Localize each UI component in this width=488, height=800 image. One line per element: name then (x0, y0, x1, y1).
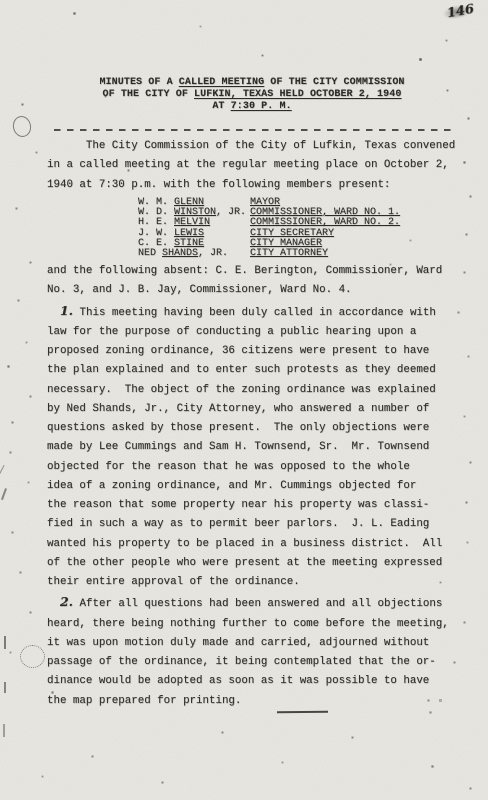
heading-line: AT 7:30 P. M. (16, 101, 488, 113)
intro-paragraph: The City Commission of the City of Lufki… (47, 137, 461, 195)
dashed-divider (54, 129, 456, 131)
heading-line: MINUTES OF A CALLED MEETING OF THE CITY … (16, 77, 488, 89)
text-line: 2. After all questions had been answered… (47, 592, 461, 614)
text-line: wanted his property to be placed in a bu… (47, 535, 461, 554)
text-line: 1. This meeting having been duly called … (47, 301, 461, 323)
scanned-page: 146 MINUTES OF A CALLED MEETING OF THE C… (0, 0, 488, 800)
members-absent-text: and the following absent: C. E. Beringto… (47, 262, 461, 301)
heading-line: OF THE CITY OF LUFKIN, TEXAS HELD OCTOBE… (16, 89, 488, 101)
member-row: NED SHANDS, JR.CITY ATTORNEY (138, 249, 461, 259)
paragraph-1: 1. This meeting having been duly called … (47, 301, 461, 593)
blank-signature-line (277, 711, 328, 714)
paragraph-number: 2. (60, 594, 73, 609)
text-line: the reason that some property near his p… (47, 496, 461, 515)
member-title: CITY ATTORNEY (250, 248, 328, 259)
text-line: The City Commission of the City of Lufki… (47, 137, 461, 156)
edge-mark (4, 682, 6, 693)
edge-mark (0, 465, 10, 477)
paragraph-number: 1. (60, 303, 73, 318)
text-line: and the following absent: C. E. Beringto… (47, 262, 461, 281)
handwritten-page-number: 146 (446, 2, 475, 21)
text-line: their entire approval of the ordinance. (47, 573, 461, 592)
text-line: the map prepared for printing. (47, 692, 461, 711)
paragraph-2: 2. After all questions had been answered… (47, 592, 461, 711)
text-line: the plan explained and to enter such pro… (47, 361, 461, 380)
text-line: proposed zoning ordinance, 36 citizens w… (47, 342, 461, 361)
text-line: objected for the reason that he was oppo… (47, 458, 461, 477)
edge-mark (4, 636, 6, 649)
text-line: it was upon motion duly made and carried… (47, 634, 461, 653)
text-line: dinance would be adopted as soon as it w… (47, 672, 461, 691)
member-name: NED SHANDS, JR. (138, 249, 250, 259)
text-line: by Ned Shands, Jr., City Attorney, who a… (47, 400, 461, 419)
document-heading: MINUTES OF A CALLED MEETING OF THE CITY … (16, 77, 488, 113)
text-line: 1940 at 7:30 p.m. with the following mem… (47, 176, 461, 195)
members-present-list: W. M. GLENNMAYORW. D. WINSTON, JR.COMMIS… (138, 198, 461, 260)
text-line: law for the purpose of conducting a publ… (47, 323, 461, 342)
text-line: idea of a zoning ordinance, and Mr. Cumm… (47, 477, 461, 496)
hole-punch-mark-top (11, 114, 33, 138)
text-line: in a called meeting at the regular meeti… (47, 156, 461, 175)
hole-punch-mark-bottom (20, 645, 45, 668)
text-line: heard, there being nothing further to co… (47, 615, 461, 634)
text-line: made by Lee Cummings and Sam H. Townsend… (47, 438, 461, 457)
text-line: passage of the ordinance, it being conte… (47, 653, 461, 672)
text-line: No. 3, and J. B. Jay, Commissioner, Ward… (47, 281, 461, 300)
edge-mark (3, 724, 5, 737)
scan-speckles (0, 0, 1, 1)
text-line: fied in such a way as to permit beer par… (47, 515, 461, 534)
text-line: necessary. The object of the zoning ordi… (47, 381, 461, 400)
text-line: of the other people who were present at … (47, 554, 461, 573)
document-body: The City Commission of the City of Lufki… (47, 137, 461, 711)
edge-mark (1, 488, 7, 500)
text-line: questions asked by those present. The on… (47, 419, 461, 438)
